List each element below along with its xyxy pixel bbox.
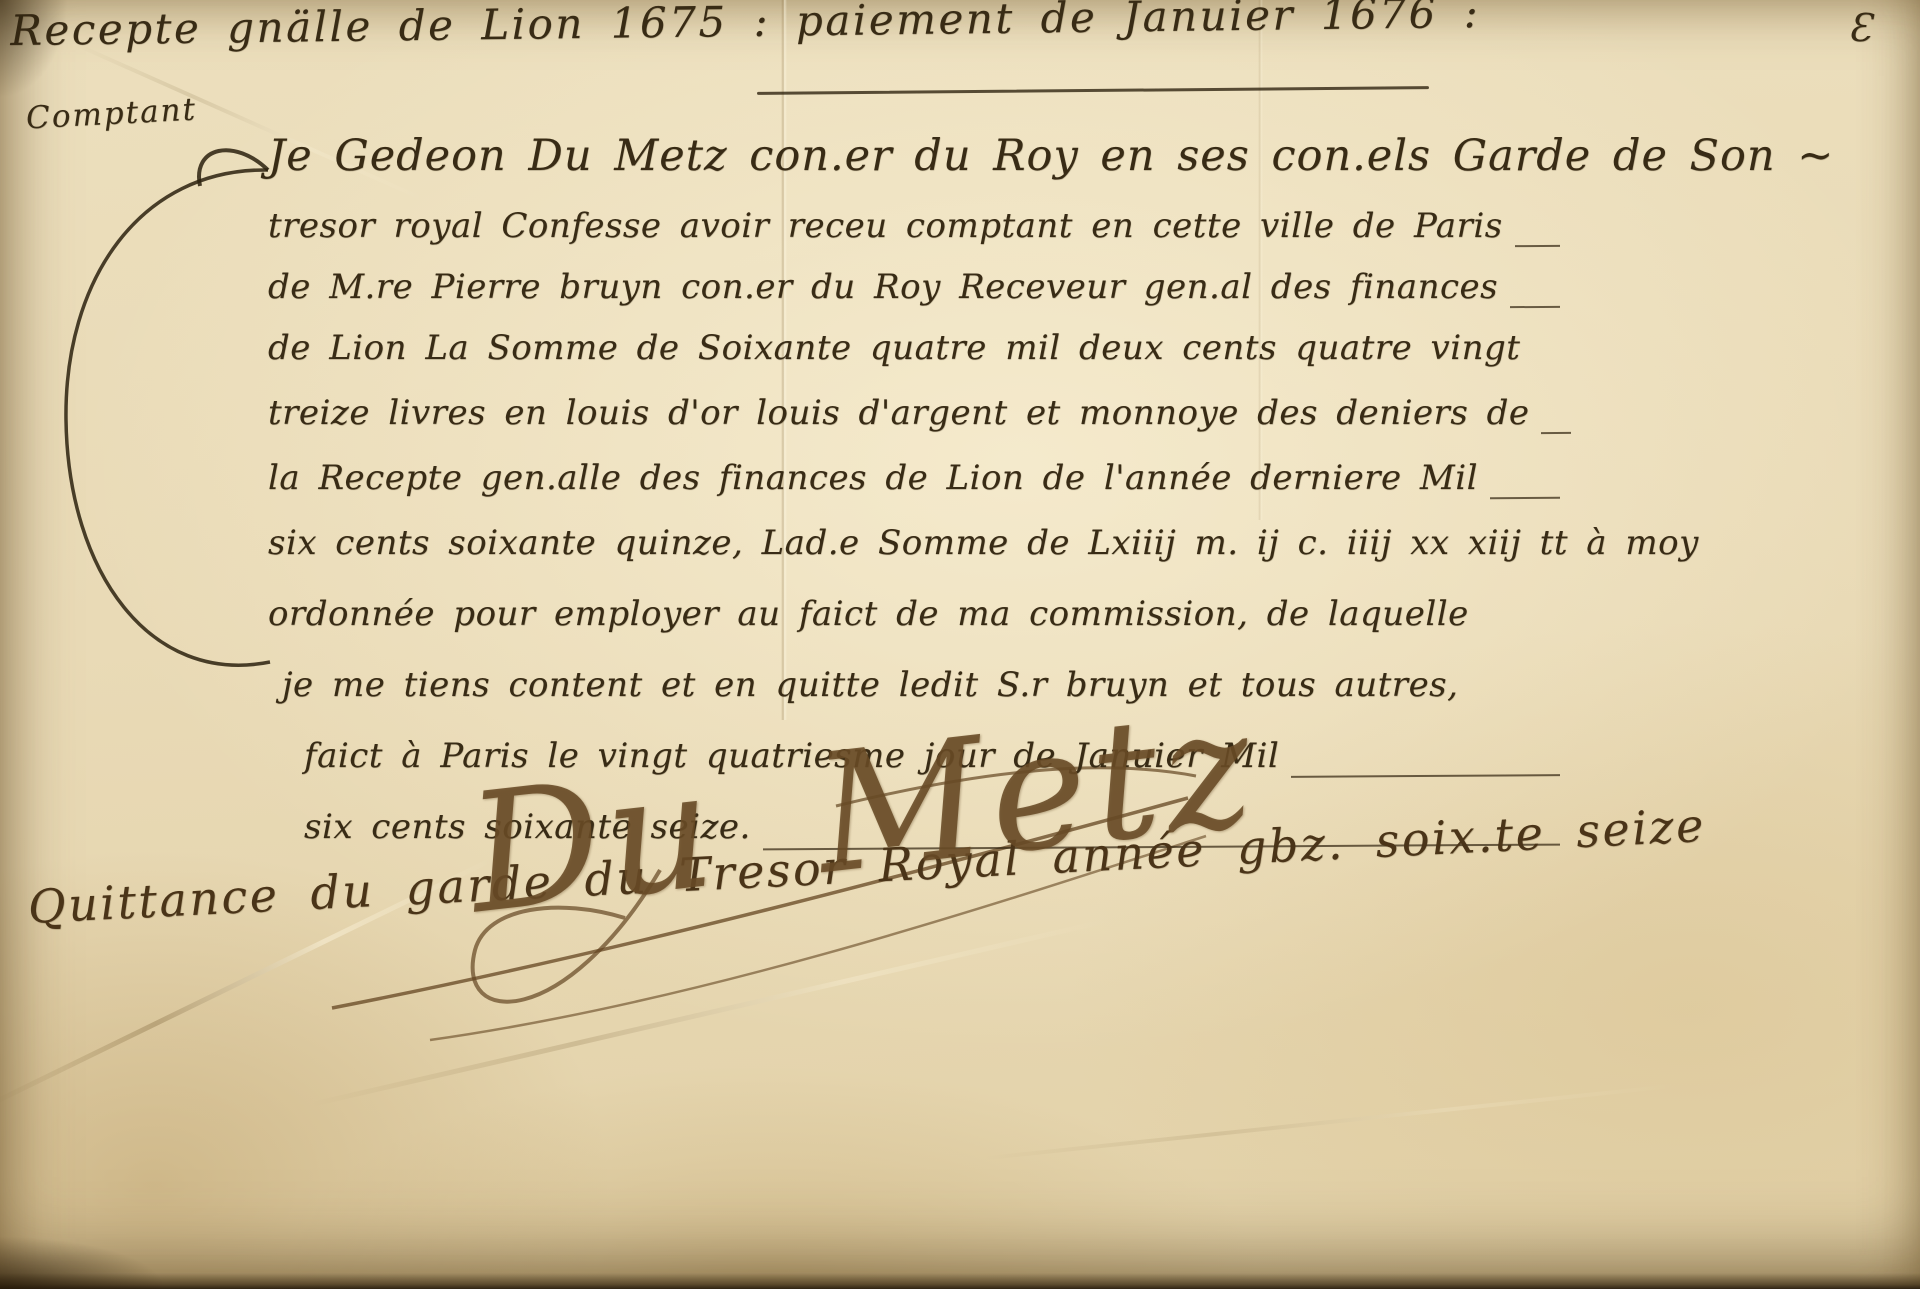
body-line-text: tresor royal Confesse avoir receu compta… xyxy=(268,196,1503,257)
body-line: je me tiens content et en quitte ledit S… xyxy=(268,655,1564,716)
scan-topleft-shadow xyxy=(0,0,70,110)
body-line: la Recepte gen.alle des finances de Lion… xyxy=(268,448,1564,509)
line-filler-stroke xyxy=(1510,306,1560,308)
scan-bottom-edge xyxy=(0,1273,1920,1289)
body-line-text: six cents soixante quinze, Lad.e Somme d… xyxy=(268,513,1699,574)
body-line: Je Gedeon Du Metz con.er du Roy en ses c… xyxy=(268,116,1564,196)
folio-mark: Ɛ xyxy=(1848,6,1872,50)
header-underline-stroke xyxy=(757,86,1429,95)
body-line: treize livres en louis d'or louis d'arge… xyxy=(268,383,1564,444)
body-line-text: treize livres en louis d'or louis d'arge… xyxy=(268,383,1529,444)
body-line-text: de M.re Pierre bruyn con.er du Roy Recev… xyxy=(268,257,1498,318)
line-filler-stroke xyxy=(1541,432,1571,434)
scan-corner-shadow xyxy=(0,1229,260,1289)
body-line-text: de Lion La Somme de Soixante quatre mil … xyxy=(268,318,1520,379)
body-line-text: ordonnée pour employer au faict de ma co… xyxy=(268,584,1469,645)
body-line: ordonnée pour employer au faict de ma co… xyxy=(268,584,1564,645)
line-filler-stroke xyxy=(1490,497,1560,499)
body-line-text: je me tiens content et en quitte ledit S… xyxy=(282,655,1458,716)
body-line: six cents soixante quinze, Lad.e Somme d… xyxy=(268,513,1564,574)
body-line: de M.re Pierre bruyn con.er du Roy Recev… xyxy=(268,257,1564,318)
line-filler-stroke xyxy=(1515,245,1560,247)
body-line-text: la Recepte gen.alle des finances de Lion… xyxy=(268,448,1478,509)
diagonal-crease xyxy=(982,1083,1679,1160)
header-inscription: Recepte gnälle de Lion 1675 : paiement d… xyxy=(10,0,1490,55)
diagonal-crease xyxy=(310,918,1110,1107)
body-line: tresor royal Confesse avoir receu compta… xyxy=(268,196,1564,257)
body-line-text: Je Gedeon Du Metz con.er du Roy en ses c… xyxy=(268,116,1834,196)
line-filler-stroke xyxy=(1291,774,1560,778)
body-line: de Lion La Somme de Soixante quatre mil … xyxy=(268,318,1564,379)
parchment-page: Recepte gnälle de Lion 1675 : paiement d… xyxy=(0,0,1920,1289)
